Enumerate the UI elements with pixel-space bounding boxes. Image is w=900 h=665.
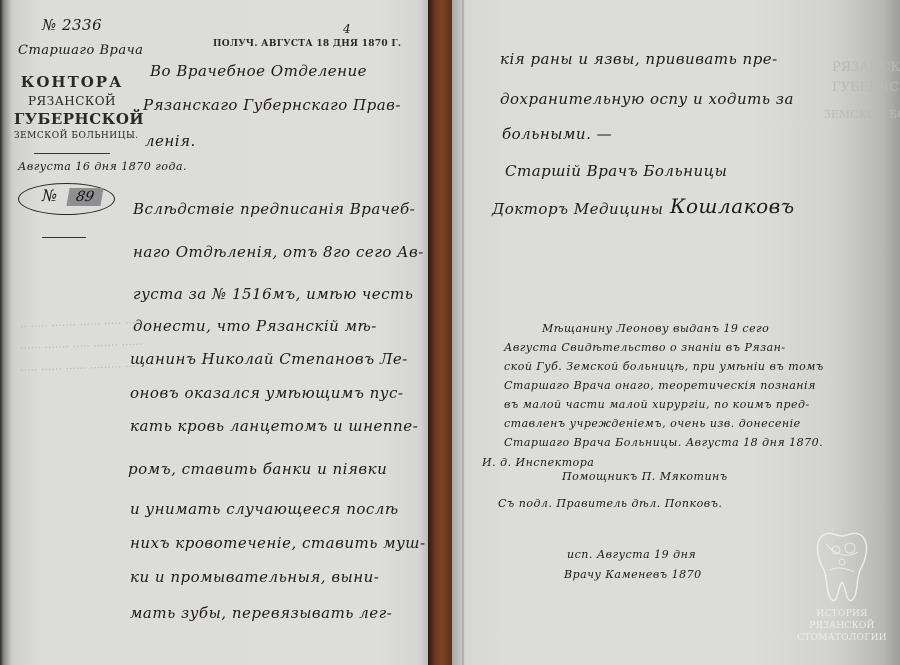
body-line: и унимать случающееся послѣ [130,500,399,518]
corner-number: № 2336 [42,16,102,34]
body-line: густа за № 1516мъ, имѣю честь [133,285,413,303]
watermark-line: СТОМАТОЛОГИИ [792,632,892,644]
annotation-signoff: Помощникъ П. Мякотинъ [562,470,728,483]
body-line: ромъ, ставить банки и піявки [128,460,387,478]
divider [42,237,86,238]
signature-name: Кошлаковъ [670,194,795,218]
tooth-icon [812,530,872,604]
final-note: исп. Августа 19 дня [567,548,696,561]
final-note: Врачу Каменевъ 1870 [564,568,702,581]
watermark-line: ИСТОРИЯ [792,608,892,620]
letterhead-line3: ГУБЕРНСКОЙ [14,110,130,128]
letterhead-line4: ЗЕМСКОЙ БОЛЬНИЦЫ. [14,131,130,141]
addressee-line: Во Врачебное Отделение [150,62,367,80]
page-number: 4 [343,22,351,36]
body-line: щанинъ Николай Степановъ Ле- [130,350,408,368]
body-line: больными. — [502,125,612,143]
clerk-line: Съ подл. Правитель дѣл. Попковъ. [498,497,722,510]
bleed-through-letterhead: РЯЗАНСКОЙ [832,60,900,75]
body-line: нихъ кровотеченіе, ставить муш- [130,534,426,552]
bleed-through-text: ······ ······· ····· ······· ······ [20,338,143,355]
watermark-logo: ИСТОРИЯ РЯЗАНСКОЙ СТОМАТОЛОГИИ [792,530,892,644]
watermark-line: РЯЗАНСКОЙ [792,620,892,632]
body-line: кія раны и язвы, прививать пре- [500,50,778,68]
annotation-line: Старшаго Врача Больницы. Августа 18 дня … [504,436,823,449]
addressee-line: ленія. [145,132,196,150]
signature-title: Старшій Врачъ Больницы [505,162,727,180]
annotation-line: ставленъ учрежденіемъ, очень изв. донесе… [504,417,801,430]
addressee-line: Рязанскаго Губернскаго Прав- [143,96,401,114]
body-line: ки и промывательныя, выни- [130,568,379,586]
body-line: оновъ оказался умѣющимъ пус- [130,384,403,402]
bleed-through-text: ····· ······ ······ ········· ···· [20,360,139,377]
annotation-line: ской Губ. Земской больницѣ, при умѣніи в… [504,360,824,373]
body-line: дохранительную оспу и ходить за [500,90,794,108]
bleed-through-letterhead: ЗЕМСКОЙ БОЛЬНИЦЫ [824,108,900,121]
letterhead-line2: РЯЗАНСКОЙ [14,94,130,108]
body-line: мать зубы, перевязывать лег- [130,604,392,622]
letterhead-line1: КОНТОРА [14,73,130,91]
book-binding [428,0,452,665]
annotation-line: Мѣщанину Леонову выданъ 19 сего [542,322,769,335]
document-spread: № 2336 Старшаго Врача КОНТОРА РЯЗАНСКОЙ … [0,0,900,665]
signature-line: Докторъ Медицины [492,200,663,218]
letterhead-divider [34,153,110,154]
bleed-through-letterhead: ГУБЕРНСКОЙ [832,80,900,95]
annotation-line: Августа Свидѣтельство о знаніи въ Рязан- [504,341,786,354]
annotation-signoff: И. д. Инспектора [482,456,594,469]
number-label: № [42,186,57,205]
annotation-line: Старшаго Врача онаго, теоретическія позн… [504,379,816,392]
annotation-line: въ малой части малой хирургіи, по коимъ … [504,398,810,411]
received-stamp: ПОЛУЧ. АВГУСТА 18 ДНЯ 1870 Г. [213,39,401,49]
body-line: кать кровь ланцетомъ и шнеппе- [130,417,418,435]
body-line: наго Отдѣленія, отъ 8го сего Ав- [133,243,424,261]
body-line: Вслѣдствіе предписанія Врачеб- [133,200,415,218]
page-edge [462,0,464,665]
left-page: № 2336 Старшаго Врача КОНТОРА РЯЗАНСКОЙ … [0,0,428,665]
date-line: Августа 16 дня 1870 года. [18,160,187,173]
number-value: 89 [66,188,103,206]
body-line: донести, что Рязанскій мѣ- [133,317,377,335]
header-handwritten: Старшаго Врача [18,43,143,58]
